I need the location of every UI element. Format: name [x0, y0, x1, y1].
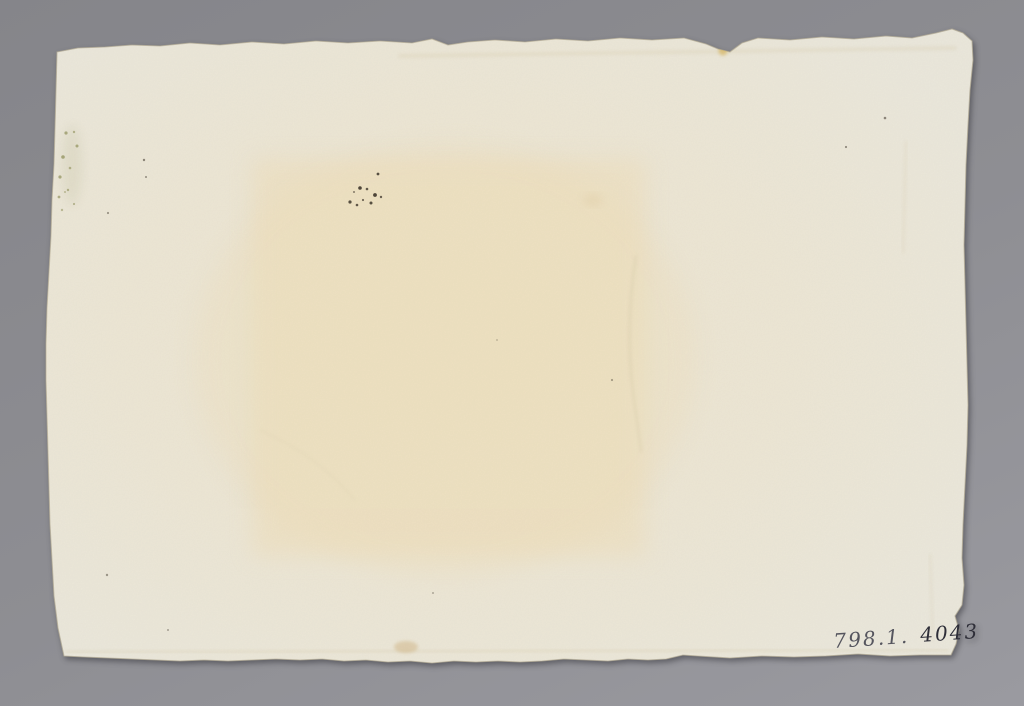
paper-grain-texture — [40, 25, 980, 675]
inscription-ink-part: 4043 — [918, 619, 979, 647]
paper-sheet-photo: 798.1. 4043 — [0, 0, 1024, 706]
paper-sheet: 798.1. 4043 — [40, 25, 980, 675]
photo-background: 798.1. 4043 — [0, 0, 1024, 706]
